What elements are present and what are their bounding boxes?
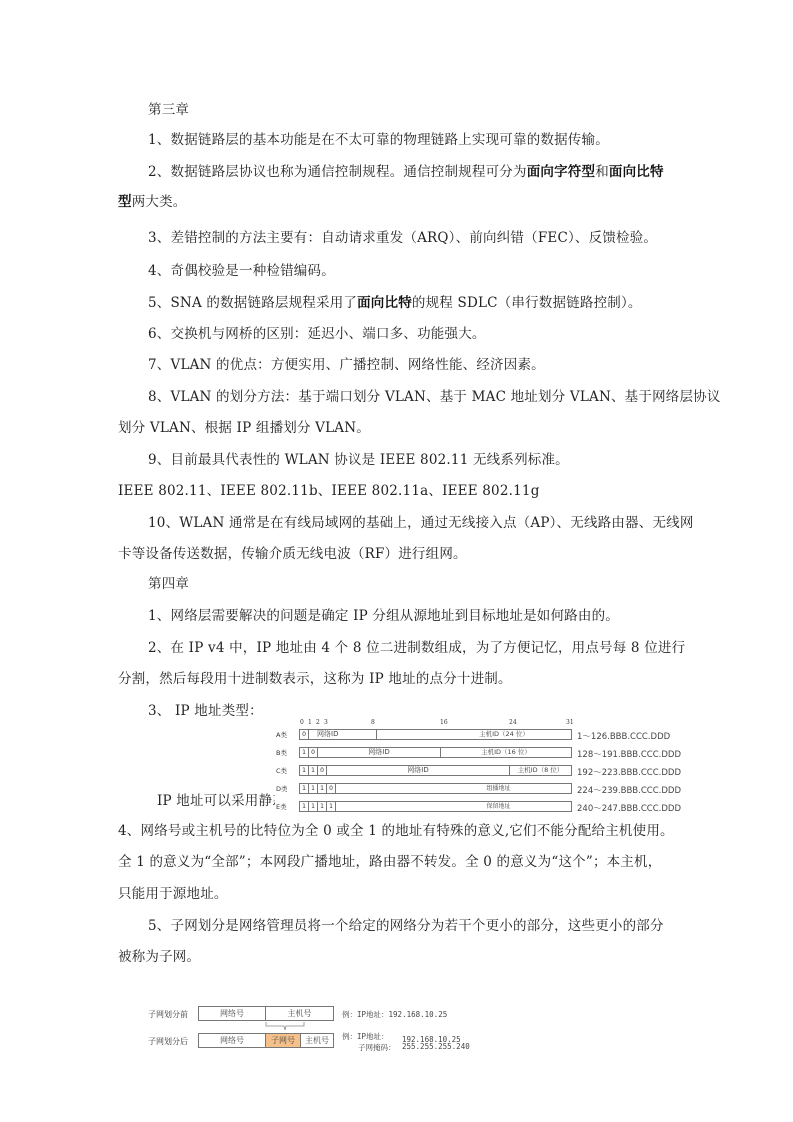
after-net-box: 网络号 — [198, 1033, 266, 1048]
bit-0: 0 — [300, 719, 304, 726]
example2-mask-label: 子网掩码： — [358, 1042, 396, 1053]
bit-1: 1 — [308, 719, 312, 726]
ch3-item-2-cont: 型两大类。 — [118, 193, 187, 211]
class-e-bit2: 1 — [309, 802, 318, 811]
ch3-item-3: 3、差错控制的方法主要有：自动请求重发（ARQ）、前向纠错（FEC）、反馈检验。 — [148, 229, 657, 247]
ch3-item-2-text: 2、数据链路层协议也称为通信控制规程。通信控制规程可分为 — [148, 164, 527, 180]
after-host-box: 主机号 — [300, 1033, 334, 1048]
ch3-item-10: 10、WLAN 通常是在有线局域网的基础上，通过无线接入点（AP）、无线路由器、… — [148, 514, 694, 532]
ch4-static-ip-text: IP 地址可以采用静态 — [157, 792, 275, 810]
ch4-item-1: 1、网络层需要解决的问题是确定 IP 分组从源地址到目标地址是如何路由的。 — [148, 607, 619, 625]
after-subnet-box: 子网号 — [265, 1033, 301, 1048]
class-d-range: 224～239.BBB.CCC.DDD — [577, 784, 681, 796]
class-b-bit1: 1 — [300, 748, 309, 757]
ch4-item-4-cont1: 全 1 的意义为“全部”；本网段广播地址，路由器不转发。全 0 的意义为“这个”… — [118, 853, 661, 871]
ch4-item-5: 5、子网划分是网络管理员将一个给定的网络分为若干个更小的部分，这些更小的部分 — [148, 917, 664, 935]
ch3-item-7: 7、VLAN 的优点：方便实用、广播控制、网络性能、经济因素。 — [148, 356, 545, 374]
class-b-host: 主机ID（16 位） — [441, 748, 571, 757]
ch4-item-4: 4、网络号或主机号的比特位为全 0 或全 1 的地址有特殊的意义,它们不能分配给… — [118, 822, 674, 840]
before-net-box: 网络号 — [198, 1006, 266, 1021]
ch3-item-10-cont: 卡等设备传送数据，传输介质无线电波（RF）进行组网。 — [118, 545, 467, 563]
ch4-item-4-cont2: 只能用于源地址。 — [118, 885, 228, 903]
class-b-label: B类 — [276, 748, 296, 757]
bit-31: 31 — [566, 719, 574, 726]
class-a-bit: 0 — [300, 730, 309, 739]
class-c-bit3: 0 — [318, 766, 327, 775]
ch3-item-2-bold3: 型 — [118, 194, 132, 210]
example2-mask: 255.255.255.240 — [402, 1042, 470, 1051]
class-e-net: 保留地址 — [336, 802, 571, 811]
ch3-item-2: 2、数据链路层协议也称为通信控制规程。通信控制规程可分为面向字符型和面向比特 — [148, 163, 664, 181]
class-d-bit4: 0 — [327, 784, 336, 793]
bit-2: 2 — [316, 719, 320, 726]
class-a-label: A类 — [276, 730, 296, 739]
before-label: 子网划分前 — [148, 1009, 188, 1020]
ch3-item-5-text: 5、SNA 的数据链路层规程采用了 — [148, 295, 357, 311]
class-b-row: 1 0 网络ID 主机ID（16 位） — [299, 747, 572, 758]
ch3-item-2-bold1: 面向字符型 — [527, 164, 596, 180]
ch3-item-2-text3: 两大类。 — [132, 194, 187, 210]
class-e-label: E类 — [276, 802, 296, 811]
ch3-item-5-bold: 面向比特 — [357, 295, 412, 311]
ch3-item-4: 4、奇偶校验是一种检错编码。 — [148, 262, 335, 280]
bit-3: 3 — [324, 719, 328, 726]
class-e-range: 240～247.BBB.CCC.DDD — [577, 802, 681, 814]
example2-label: 例：IP地址： — [342, 1031, 389, 1042]
ip-class-diagram: 0 1 2 3 8 16 24 31 A类 0 网络ID 主机ID（24 位） … — [276, 719, 686, 815]
ch4-item-2: 2、在 IP v4 中，IP 地址由 4 个 8 位二进制数组成，为了方便记忆，… — [148, 639, 685, 657]
class-a-row: 0 网络ID 主机ID（24 位） — [299, 729, 572, 740]
class-a-net: 网络ID — [309, 730, 377, 739]
ch4-item-5-cont: 被称为子网。 — [118, 948, 200, 966]
ch3-item-6: 6、交换机与网桥的区别：延迟小、端口多、功能强大。 — [148, 325, 486, 343]
class-c-row: 1 1 0 网络ID 主机ID（8 位） — [299, 765, 572, 776]
ch3-item-8: 8、VLAN 的划分方法：基于端口划分 VLAN、基于 MAC 地址划分 VLA… — [148, 388, 721, 406]
ch3-item-5: 5、SNA 的数据链路层规程采用了面向比特的规程 SDLC（串行数据链路控制）。 — [148, 294, 642, 312]
class-c-range: 192～223.BBB.CCC.DDD — [577, 766, 681, 778]
class-d-bit2: 1 — [309, 784, 318, 793]
class-c-net: 网络ID — [327, 766, 510, 775]
subnet-diagram: 子网划分前 网络号 主机号 例：IP地址：192.168.10.25 子网划分后… — [148, 1005, 488, 1055]
class-c-bit1: 1 — [300, 766, 309, 775]
bit-24: 24 — [509, 719, 517, 726]
class-b-net: 网络ID — [318, 748, 441, 757]
chapter4-title: 第四章 — [148, 575, 189, 593]
class-b-bit2: 0 — [309, 748, 318, 757]
class-c-label: C类 — [276, 766, 296, 775]
ch3-item-2-bold2: 面向比特 — [609, 164, 664, 180]
class-a-host: 主机ID（24 位） — [377, 730, 571, 739]
ch3-item-9: 9、目前最具代表性的 WLAN 协议是 IEEE 802.11 无线系列标准。 — [148, 451, 569, 469]
class-d-label: D类 — [276, 784, 296, 793]
class-e-row: 1 1 1 1 保留地址 — [299, 801, 572, 812]
ch3-item-5-text2: 的规程 SDLC（串行数据链路控制）。 — [412, 295, 642, 311]
class-d-net: 组播地址 — [336, 784, 571, 793]
ch4-item-2-cont: 分割，然后每段用十进制数表示，这称为 IP 地址的点分十进制。 — [118, 670, 512, 688]
ch3-item-9-cont: IEEE 802.11、IEEE 802.11b、IEEE 802.11a、IE… — [118, 482, 540, 500]
class-a-range: 1～126.BBB.CCC.DDD — [577, 730, 670, 742]
chapter3-title: 第三章 — [148, 101, 189, 119]
class-e-bit3: 1 — [318, 802, 327, 811]
bit-8: 8 — [371, 719, 375, 726]
class-d-bit1: 1 — [300, 784, 309, 793]
ch3-item-2-text2: 和 — [595, 164, 609, 180]
class-d-row: 1 1 1 0 组播地址 — [299, 783, 572, 794]
ch4-item-3: 3、 IP 地址类型： — [148, 702, 263, 720]
after-label: 子网划分后 — [148, 1036, 188, 1047]
class-e-bit1: 1 — [300, 802, 309, 811]
class-d-bit3: 1 — [318, 784, 327, 793]
ch3-item-8-cont: 划分 VLAN、根据 IP 组播划分 VLAN。 — [118, 419, 370, 437]
class-b-range: 128～191.BBB.CCC.DDD — [577, 748, 681, 760]
class-e-bit4: 1 — [327, 802, 336, 811]
brace-icon — [265, 1021, 305, 1031]
class-c-host: 主机ID（8 位） — [510, 766, 571, 775]
class-c-bit2: 1 — [309, 766, 318, 775]
ch3-item-1: 1、数据链路层的基本功能是在不太可靠的物理链路上实现可靠的数据传输。 — [148, 131, 609, 149]
before-host-box: 主机号 — [265, 1006, 334, 1021]
example1: 例：IP地址：192.168.10.25 — [342, 1009, 447, 1020]
bit-16: 16 — [440, 719, 448, 726]
